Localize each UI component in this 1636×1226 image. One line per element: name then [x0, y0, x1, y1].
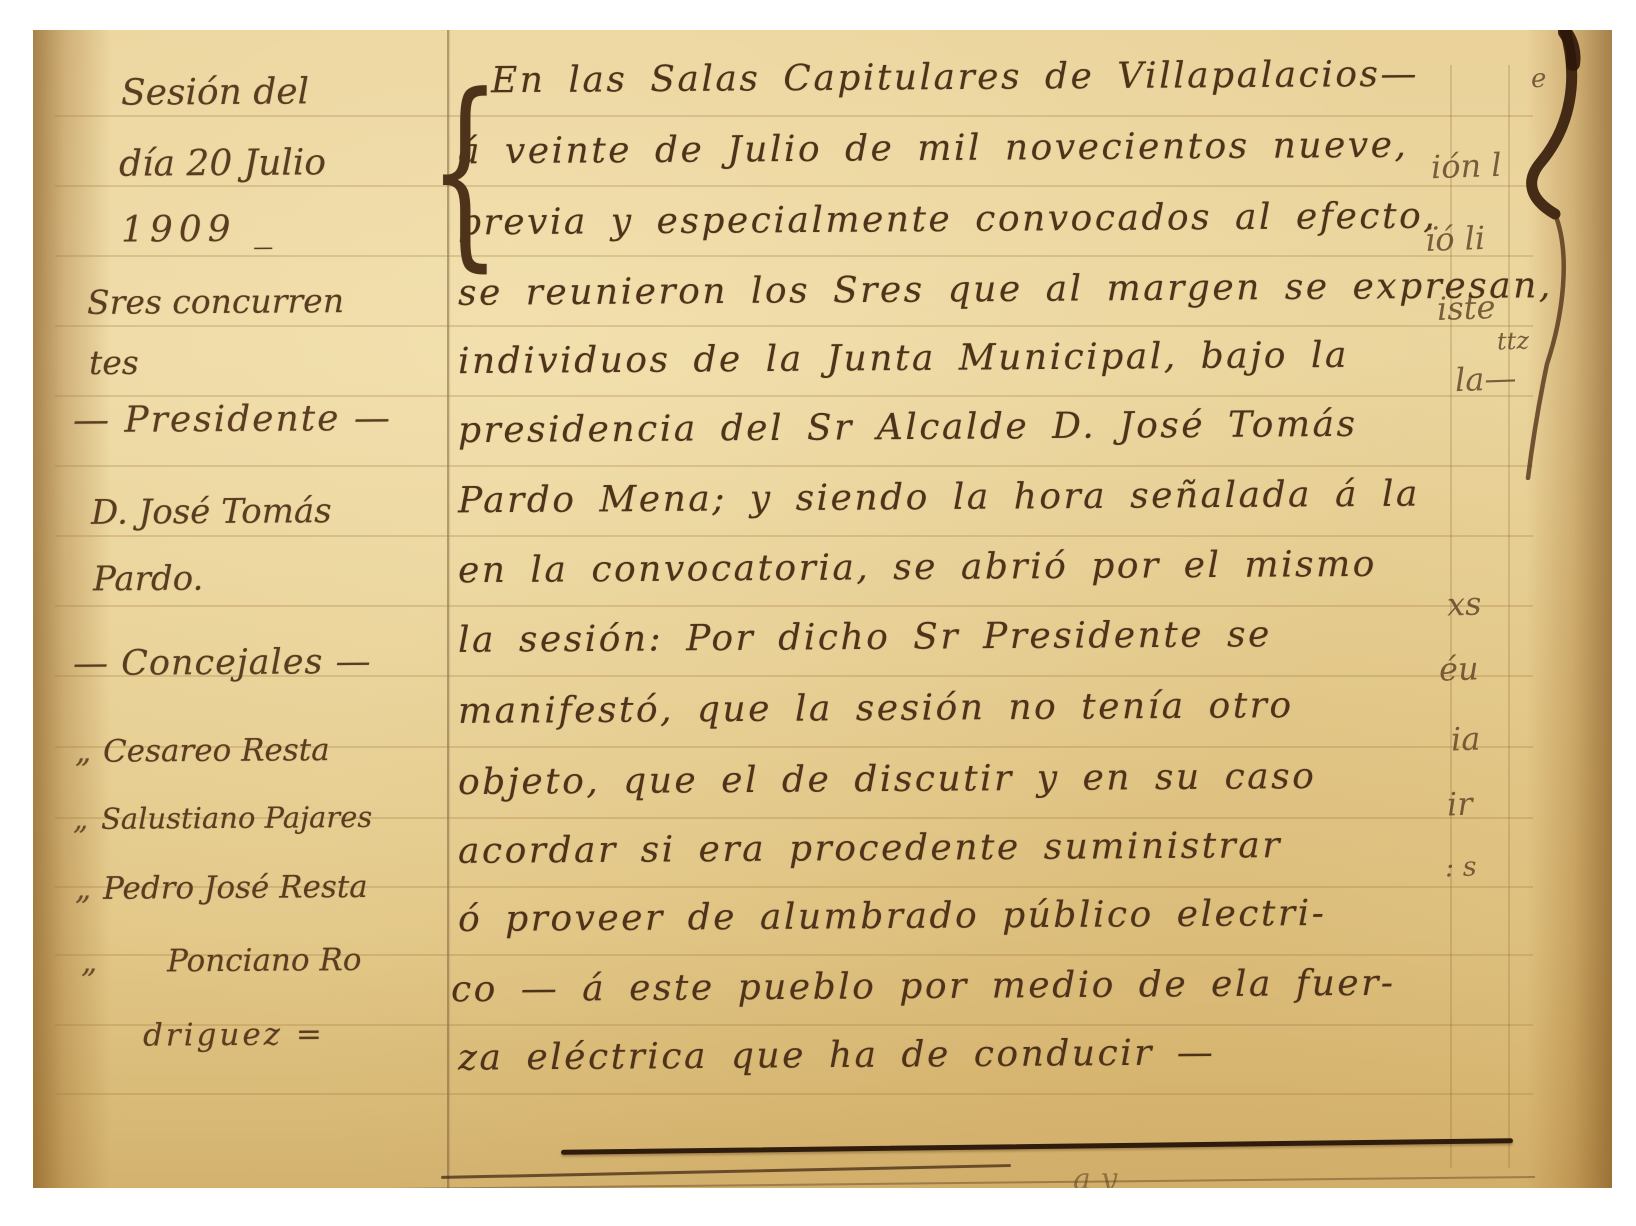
body-line: individuos de la Junta Municipal, bajo l… — [458, 338, 1349, 380]
body-line: En las Salas Capitulares de Villapalacio… — [491, 57, 1419, 99]
councilor-name-text: Pedro José Resta — [103, 869, 368, 907]
session-date-line: día 20 Julio — [119, 145, 326, 182]
councilor-name-text: Cesareo Resta — [103, 732, 330, 770]
president-name: D. José Tomás — [91, 494, 332, 530]
ruling-line — [55, 1093, 1533, 1095]
body-line: se reunieron los Sres que al margen se e… — [458, 268, 1553, 312]
councilor-name: „Salustiano Pajares — [73, 803, 372, 834]
councilor-name-text: Salustiano Pajares — [101, 800, 372, 836]
fold-text-fragment: ir — [1446, 788, 1473, 821]
councilor-name: „Pedro José Resta — [75, 872, 368, 905]
president-name: Pardo. — [93, 562, 204, 597]
attendees-label: Sres concurren — [87, 284, 344, 319]
ruling-line — [55, 115, 1533, 117]
body-line: la sesión: Por dicho Sr Presidente se — [458, 617, 1272, 659]
clipped-text-fragment: a y — [1073, 1162, 1118, 1188]
book-gutter-shadow — [33, 30, 111, 1188]
fold-text-fragment: xs — [1446, 587, 1482, 620]
session-date-line: Sesión del — [121, 74, 309, 111]
ruling-line — [55, 605, 1533, 607]
ruling-line — [55, 465, 1533, 467]
fold-text-fragment: iste — [1436, 291, 1496, 325]
fold-text-fragment: ïó li — [1424, 222, 1485, 256]
body-line: á veinte de Julio de mil novecientos nue… — [458, 128, 1409, 171]
councilor-name: „Ponciano Ro — [81, 945, 362, 978]
ruling-line — [55, 395, 1533, 397]
councilor-name-text: driguez = — [143, 1016, 325, 1053]
attendees-label: tes — [89, 346, 139, 379]
page-curl-ink-mark — [1501, 30, 1611, 480]
councilor-name: driguez = — [143, 1019, 325, 1051]
ruling-line — [55, 255, 1533, 257]
body-line: objeto, que el de discutir y en su caso — [458, 759, 1317, 801]
ditto-mark: „ — [75, 874, 103, 905]
page-under-edge-line — [441, 1164, 1011, 1179]
body-line: previa y especialmente convocados al efe… — [458, 199, 1437, 242]
fold-text-fragment: : s — [1445, 853, 1477, 881]
session-date-line: 1909 _ — [121, 211, 278, 248]
screenshot-root: { "colors": { "paper": "#e8d094", "paper… — [0, 0, 1636, 1226]
councilor-name-text: Ponciano Ro — [167, 942, 362, 979]
body-line: manifestó, que la sesión no tenía otro — [458, 688, 1294, 730]
page-under-edge-line — [385, 1176, 1535, 1188]
manuscript-photo: Sesión del día 20 Julio 1909 _ Sres conc… — [33, 30, 1612, 1188]
president-heading: — Presidente — — [73, 401, 392, 439]
body-line: en la convocatoria, se abrió por el mism… — [458, 547, 1377, 589]
ditto-mark: „ — [73, 805, 101, 834]
ruling-line — [55, 535, 1533, 537]
councilor-name: „Cesareo Resta — [75, 735, 330, 768]
fold-text-fragment: ión l — [1430, 149, 1502, 183]
body-line: co — á este pueblo por medio de ela fuer… — [451, 966, 1396, 1009]
councilors-heading: — Concejales — — [73, 645, 372, 682]
ditto-mark: „ — [75, 737, 103, 768]
ditto-mark: „ — [81, 947, 109, 978]
ruling-line — [55, 325, 1533, 327]
body-line: ó proveer de alumbrado público electri- — [458, 896, 1327, 938]
fold-text-fragment: éu — [1438, 652, 1479, 685]
body-line: presidencia del Sr Alcalde D. José Tomás — [458, 407, 1358, 449]
page-edge-heavy-line — [561, 1138, 1513, 1155]
body-line: acordar si era procedente suministrar — [458, 828, 1282, 870]
ruling-line — [55, 185, 1533, 187]
fold-text-fragment: ia — [1450, 722, 1480, 755]
body-line: Pardo Mena; y siendo la hora señalada á … — [458, 477, 1420, 520]
body-line: za eléctrica que ha de conducir — — [458, 1035, 1216, 1076]
